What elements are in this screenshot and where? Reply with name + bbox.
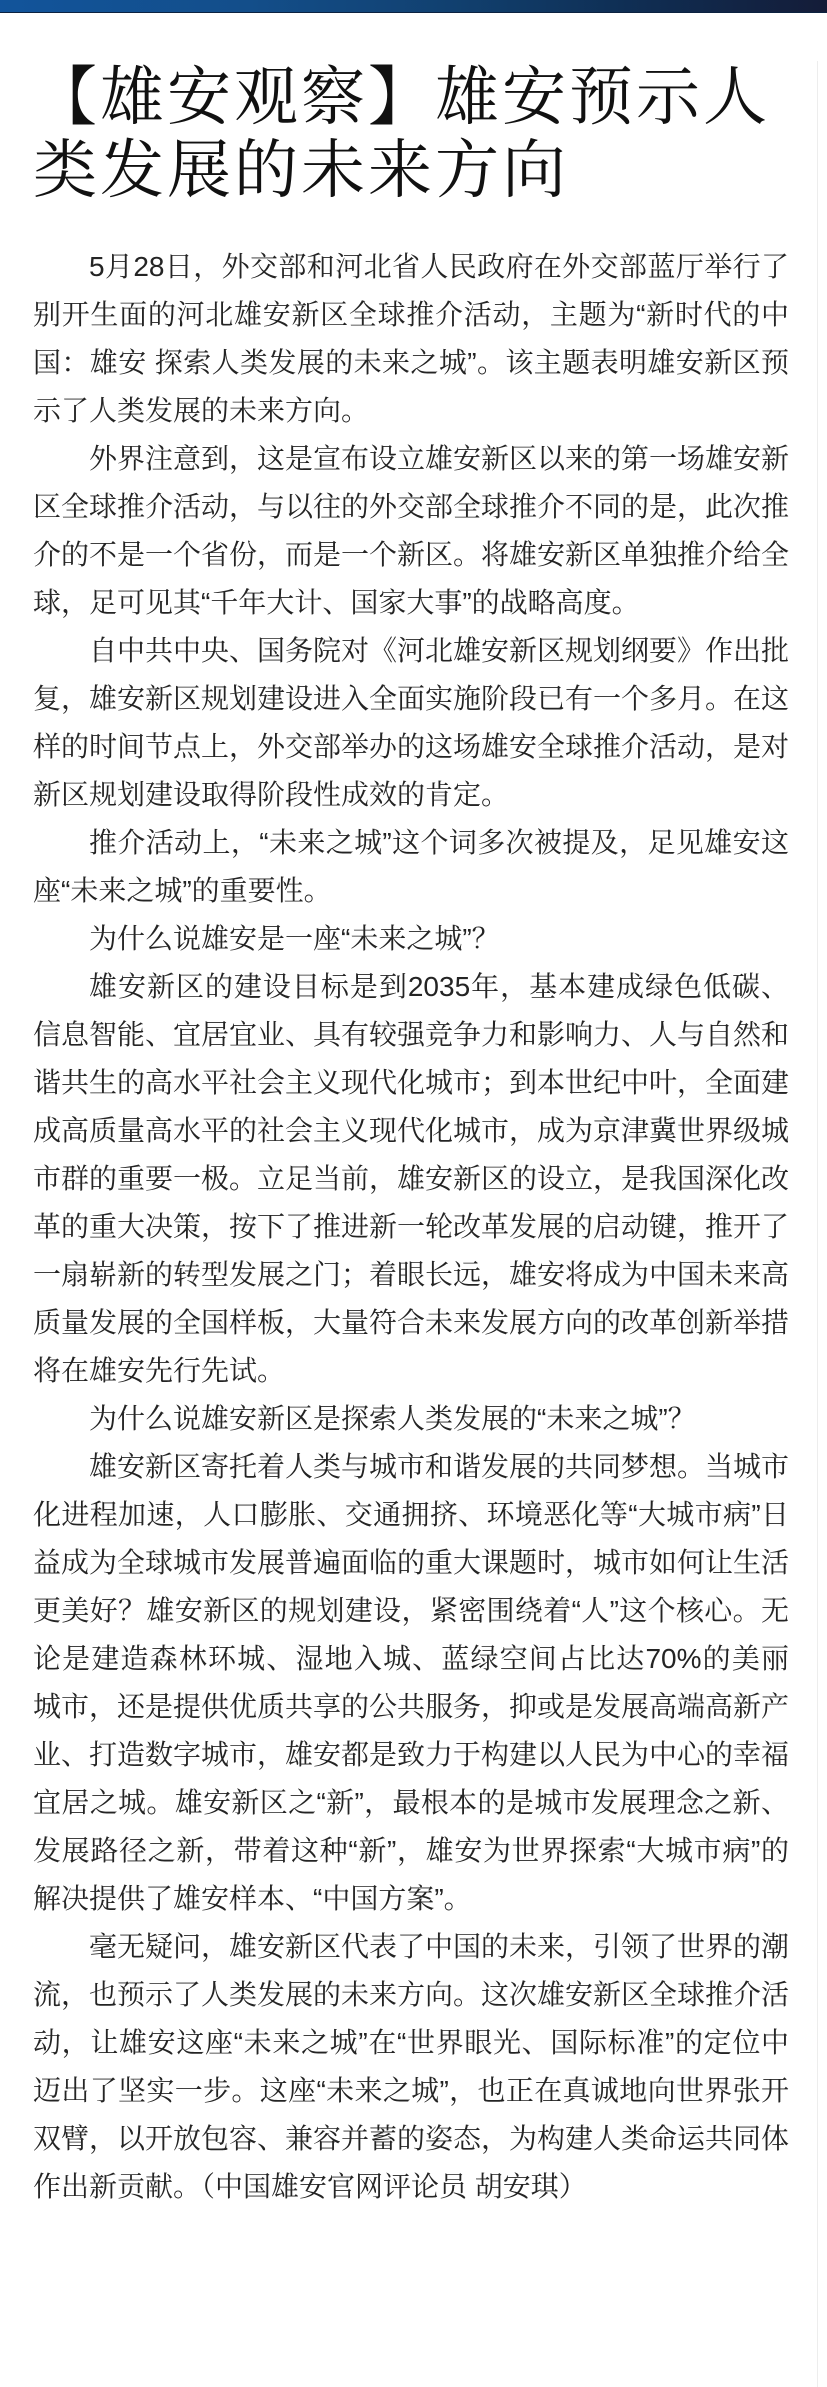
article-page: 【雄安观察】雄安预示人类发展的未来方向 5月28日，外交部和河北省人民政府在外交… <box>0 61 818 2387</box>
article-paragraph: 外界注意到，这是宣布设立雄安新区以来的第一场雄安新区全球推介活动，与以往的外交部… <box>33 435 789 627</box>
article-paragraph: 自中共中央、国务院对《河北雄安新区规划纲要》作出批复，雄安新区规划建设进入全面实… <box>33 627 789 819</box>
top-gradient-bar <box>0 0 827 13</box>
article-paragraph: 雄安新区的建设目标是到2035年，基本建成绿色低碳、信息智能、宜居宜业、具有较强… <box>33 963 789 1395</box>
article-paragraph: 毫无疑问，雄安新区代表了中国的未来，引领了世界的潮流，也预示了人类发展的未来方向… <box>33 1923 789 2211</box>
article-paragraph: 推介活动上，“未来之城”这个词多次被提及，足见雄安这座“未来之城”的重要性。 <box>33 819 789 915</box>
article-container: 【雄安观察】雄安预示人类发展的未来方向 5月28日，外交部和河北省人民政府在外交… <box>0 61 817 2371</box>
article-paragraph: 为什么说雄安新区是探索人类发展的“未来之城”？ <box>33 1395 789 1443</box>
article-paragraph: 为什么说雄安是一座“未来之城”？ <box>33 915 789 963</box>
bottom-whitespace <box>33 2211 789 2371</box>
article-paragraph: 5月28日，外交部和河北省人民政府在外交部蓝厅举行了别开生面的河北雄安新区全球推… <box>33 243 789 435</box>
page-title: 【雄安观察】雄安预示人类发展的未来方向 <box>33 61 789 207</box>
article-paragraph: 雄安新区寄托着人类与城市和谐发展的共同梦想。当城市化进程加速，人口膨胀、交通拥挤… <box>33 1443 789 1923</box>
article-body: 5月28日，外交部和河北省人民政府在外交部蓝厅举行了别开生面的河北雄安新区全球推… <box>33 243 789 2211</box>
